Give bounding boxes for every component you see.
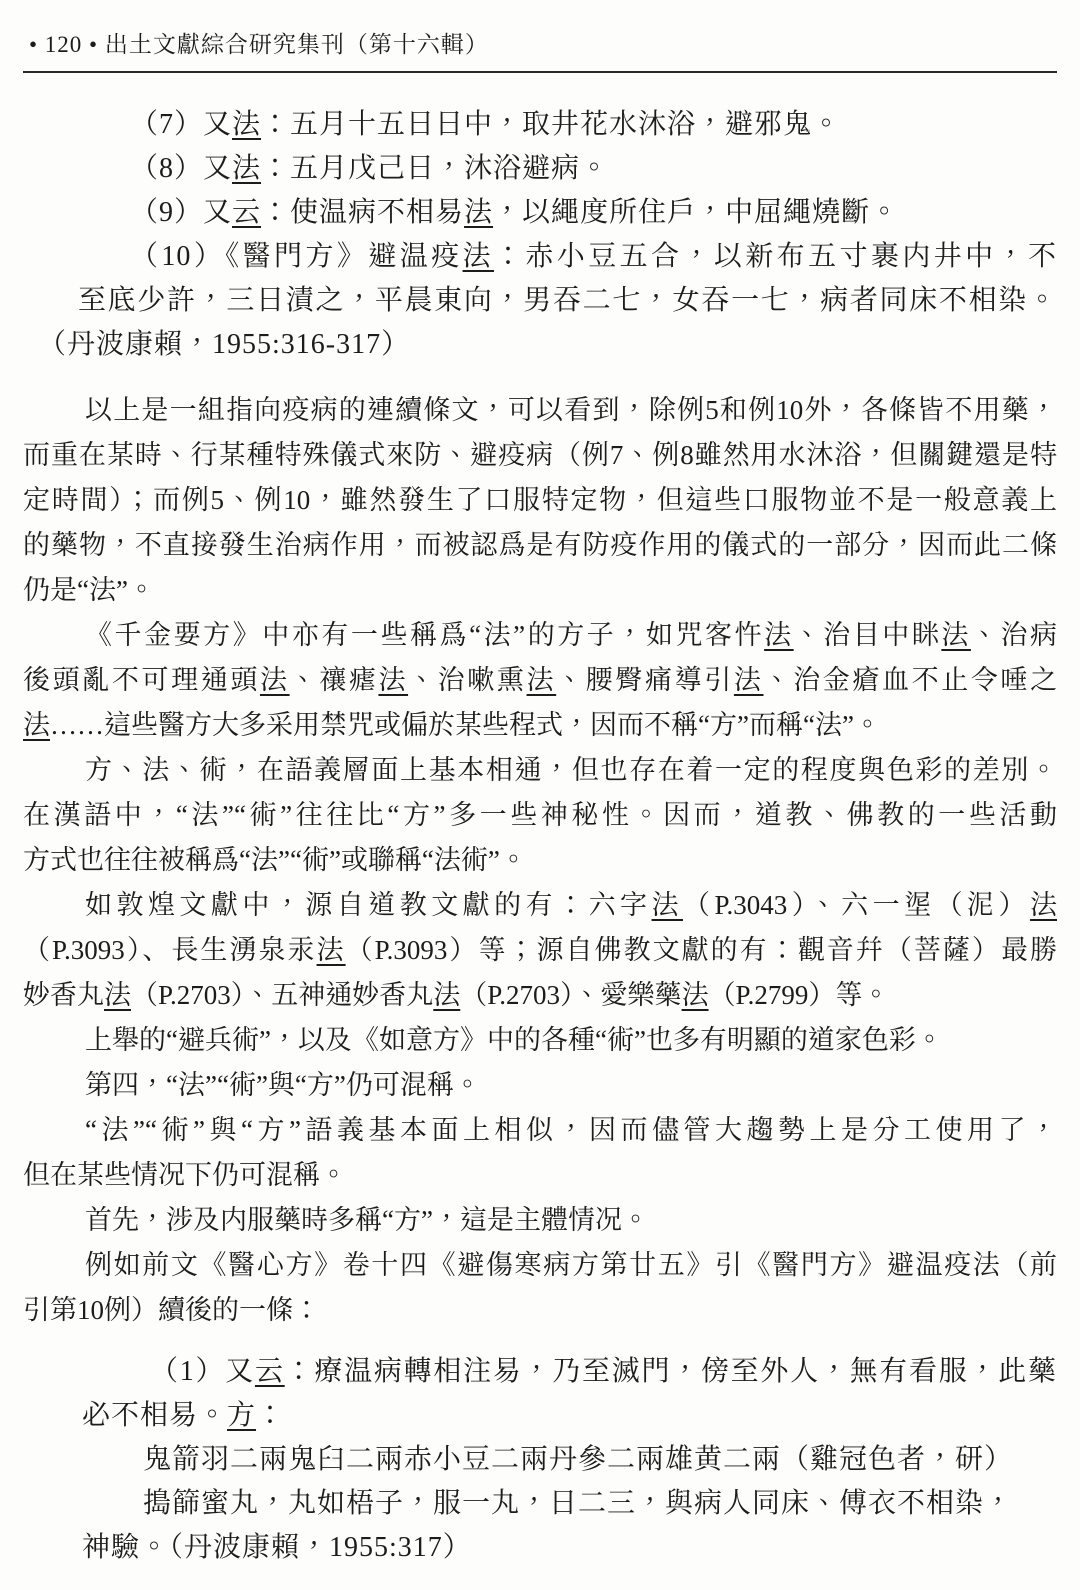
quotation-block: （1）又云：療温病轉相注易，乃至滅門，傍至外人，無有看服，此藥必不相易。方：鬼箭… [23,1350,1057,1570]
text-line: （7）又法：五月十五日日中，取井花水沐浴，避邪鬼。 [130,103,1057,147]
text-run: 神驗。（丹波康賴，1955:317） [82,1532,472,1563]
text-run: 上舉的“避兵術”，以及《如意方》中的各種“術”也多有明顯的道家色彩。 [85,1025,943,1055]
scanned-book-page: • 120 • 出土文獻綜合研究集刊（第十六輯） （7）又法：五月十五日日中，取… [0,0,1080,1590]
text-run: 但在某些情况下仍可混稱。 [23,1160,347,1190]
text-line: 引第10例）續後的一條： [23,1288,1057,1333]
underlined-term: 法 [464,197,493,228]
text-run: （P.2703）、五神通妙香丸 [131,980,433,1010]
underlined-term: 法 [1030,890,1057,920]
text-line: 但在某些情况下仍可混稱。 [23,1153,1057,1198]
text-run: ：五月戊己日，沐浴避病。 [261,153,609,184]
text-line: 《千金要方》中亦有一些稱爲“法”的方子，如咒客忤法、治目中眯法、治病 [85,613,1057,658]
text-run: 後頭亂不可理通頭 [23,665,260,695]
text-line: 第四，“法”“術”與“方”仍可混稱。 [85,1063,1057,1108]
text-line: 定時間）；而例5、例10，雖然發生了口服特定物，但這些口服物並不是一般意義上 [23,478,1057,523]
text-line: 而重在某時、行某種特殊儀式來防、避疫病（例7、例8雖然用水沐浴，但關鍵還是特 [23,433,1057,478]
page-body: （7）又法：五月十五日日中，取井花水沐浴，避邪鬼。（8）又法：五月戊己日，沐浴避… [23,103,1057,1570]
text-run: 而重在某時、行某種特殊儀式來防、避疫病（例7、例8雖然用水沐浴，但關鍵還是特 [23,440,1057,470]
text-line: 後頭亂不可理通頭法、禳瘧法、治嗽熏法、腰臀痛導引法、治金瘡血不止令唾之 [23,658,1057,703]
underlined-term: 法 [682,980,709,1010]
underlined-term: 法 [433,980,460,1010]
text-run: 至底少許，三日漬之，平晨東向，男吞二七，女吞一七，病者同床不相染。 [78,285,1057,316]
text-line: 鬼箭羽二兩鬼臼二兩赤小豆二兩丹參二兩雄黄二兩（雞冠色者，研） [143,1438,1057,1482]
text-run: （7）又 [130,109,232,140]
text-line: 方式也往往被稱爲“法”“術”或聯稱“法術”。 [23,838,1057,883]
text-line: 方、法、術，在語義層面上基本相通，但也存在着一定的程度與色彩的差別。 [85,748,1057,793]
text-line: （10）《醫門方》避温疫法：赤小豆五合，以新布五寸裹内井中，不 [130,235,1057,279]
text-run: 以上是一組指向疫病的連續條文，可以看到，除例5和例10外，各條皆不用藥， [85,395,1057,425]
text-run: ，以繩度所住户，中屈繩燒斷。 [493,197,899,228]
underlined-term: 法 [941,620,971,650]
text-line: 必不相易。方： [82,1394,1057,1438]
running-head: • 120 • 出土文獻綜合研究集刊（第十六輯） [29,32,489,57]
text-line: 搗篩蜜丸，丸如梧子，服一丸，日二三，與病人同床、傅衣不相染， [143,1482,1057,1526]
text-run: ……這些醫方大多采用禁咒或偏於某些程式，因而不稱“方”而稱“法”。 [50,710,881,740]
text-run: 、治嗽熏 [408,665,526,695]
text-line: 法……這些醫方大多采用禁咒或偏於某些程式，因而不稱“方”而稱“法”。 [23,703,1057,748]
text-line: （丹波康賴，1955:316-317） [38,323,1057,367]
text-run: 搗篩蜜丸，丸如梧子，服一丸，日二三，與病人同床、傅衣不相染， [143,1488,1013,1519]
text-run: 第四，“法”“術”與“方”仍可混稱。 [85,1070,481,1100]
text-run: 仍是“法”。 [23,575,155,605]
text-run: （P.3043）、六一埿（泥） [683,890,1030,920]
underlined-term: 法 [378,665,408,695]
text-line: 在漢語中，“法”“術”往往比“方”多一些神秘性。因而，道教、佛教的一些活動 [23,793,1057,838]
underlined-term: 法 [232,153,261,184]
text-line: 首先，涉及内服藥時多稱“方”，這是主體情况。 [85,1198,1057,1243]
underlined-term: 云 [255,1356,285,1387]
text-run: （丹波康賴，1955:316-317） [38,329,410,360]
text-run: （P.2799）等。 [709,980,890,1010]
text-run: 、治目中眯 [794,620,942,650]
text-line: （P.3093）、長生湧泉汞法（P.3093）等；源自佛教文獻的有：觀音幷（菩薩… [23,928,1057,973]
underlined-term: 法 [317,935,346,965]
text-run: 定時間）；而例5、例10，雖然發生了口服特定物，但這些口服物並不是一般意義上 [23,485,1057,515]
text-run: （8）又 [130,153,232,184]
underlined-term: 法 [527,665,557,695]
text-run: 首先，涉及内服藥時多稱“方”，這是主體情况。 [85,1205,649,1235]
text-line: 至底少許，三日漬之，平晨東向，男吞二七，女吞一七，病者同床不相染。 [78,279,1057,323]
text-line: （8）又法：五月戊己日，沐浴避病。 [130,147,1057,191]
text-run: 在漢語中，“法”“術”往往比“方”多一些神秘性。因而，道教、佛教的一些活動 [23,800,1057,830]
text-run: 方、法、術，在語義層面上基本相通，但也存在着一定的程度與色彩的差別。 [85,755,1057,785]
text-run: 例如前文《醫心方》卷十四《避傷寒病方第廿五》引《醫門方》避温疫法（前 [85,1250,1057,1280]
text-run: （P.3093）、長生湧泉汞 [23,935,317,965]
text-run: 、禳瘧 [290,665,379,695]
text-run: 的藥物，不直接發生治病作用，而被認爲是有防疫作用的儀式的一部分，因而此二條 [23,530,1057,560]
text-run: ：使温病不相易 [261,197,464,228]
text-run: 《千金要方》中亦有一些稱爲“法”的方子，如咒客忤 [85,620,764,650]
underlined-term: 方 [227,1400,256,1431]
text-line: 以上是一組指向疫病的連續條文，可以看到，除例5和例10外，各條皆不用藥， [85,388,1057,433]
text-run: ： [256,1400,285,1431]
text-line: （1）又云：療温病轉相注易，乃至滅門，傍至外人，無有看服，此藥 [150,1350,1057,1394]
underlined-term: 云 [232,197,261,228]
underlined-term: 法 [260,665,290,695]
text-run: 必不相易。 [82,1400,227,1431]
underlined-term: 法 [463,241,494,272]
text-run: 、腰臀痛導引 [556,665,734,695]
text-run: （P.3093）等；源自佛教文獻的有：觀音幷（菩薩）最勝 [346,935,1057,965]
text-run: 鬼箭羽二兩鬼臼二兩赤小豆二兩丹參二兩雄黄二兩（雞冠色者，研） [143,1444,1013,1475]
text-run: （9）又 [130,197,232,228]
text-line: （9）又云：使温病不相易法，以繩度所住户，中屈繩燒斷。 [130,191,1057,235]
text-run: （P.2703）、愛樂藥 [460,980,681,1010]
text-line: 上舉的“避兵術”，以及《如意方》中的各種“術”也多有明顯的道家色彩。 [85,1018,1057,1063]
underlined-term: 法 [652,890,683,920]
underlined-term: 法 [734,665,764,695]
text-run: 、治病 [971,620,1057,650]
text-line: 妙香丸法（P.2703）、五神通妙香丸法（P.2703）、愛樂藥法（P.2799… [23,973,1057,1018]
text-run: 、治金瘡血不止令唾之 [764,665,1057,695]
text-run: ：療温病轉相注易，乃至滅門，傍至外人，無有看服，此藥 [285,1356,1057,1387]
text-line: 仍是“法”。 [23,568,1057,613]
text-run: “法”“術”與“方”語義基本面上相似，因而儘管大趨勢上是分工使用了， [85,1115,1057,1145]
text-run: 妙香丸 [23,980,104,1010]
text-run: ：五月十五日日中，取井花水沐浴，避邪鬼。 [261,109,841,140]
text-line: 如敦煌文獻中，源自道教文獻的有：六字法（P.3043）、六一埿（泥）法 [85,883,1057,928]
text-run: 方式也往往被稱爲“法”“術”或聯稱“法術”。 [23,845,527,875]
underlined-term: 法 [23,710,50,740]
text-run: （10）《醫門方》避温疫 [130,241,463,272]
text-run: ：赤小豆五合，以新布五寸裹内井中，不 [494,241,1057,272]
paragraph-block: 以上是一組指向疫病的連續條文，可以看到，除例5和例10外，各條皆不用藥，而重在某… [23,388,1057,1333]
text-run: 引第10例）續後的一條： [23,1295,320,1325]
text-line: “法”“術”與“方”語義基本面上相似，因而儘管大趨勢上是分工使用了， [85,1108,1057,1153]
underlined-term: 法 [232,109,261,140]
text-run: 如敦煌文獻中，源自道教文獻的有：六字 [85,890,652,920]
page-header: • 120 • 出土文獻綜合研究集刊（第十六輯） [23,26,1057,73]
underlined-term: 法 [764,620,794,650]
underlined-term: 法 [104,980,131,1010]
text-run: （1）又 [150,1356,255,1387]
text-line: 的藥物，不直接發生治病作用，而被認爲是有防疫作用的儀式的一部分，因而此二條 [23,523,1057,568]
text-line: 例如前文《醫心方》卷十四《避傷寒病方第廿五》引《醫門方》避温疫法（前 [85,1243,1057,1288]
text-line: 神驗。（丹波康賴，1955:317） [82,1526,1057,1570]
quotation-block: （7）又法：五月十五日日中，取井花水沐浴，避邪鬼。（8）又法：五月戊己日，沐浴避… [23,103,1057,367]
